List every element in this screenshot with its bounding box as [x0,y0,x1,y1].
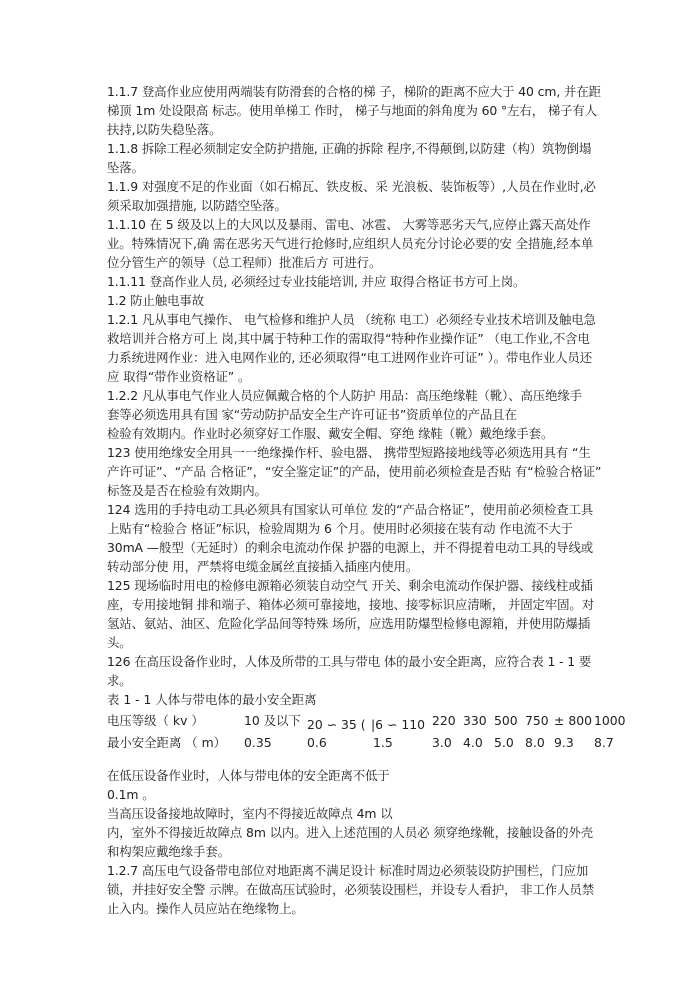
text-line: 业。特殊情况下,确 需在恶劣天气进行抢修时,应组织人员充分讨论必要的安 全措施,… [107,234,599,253]
table-caption: 表 1 - 1 人体与带电体的最小安全距离 [107,690,599,710]
text-line: 止入内。操作人员应站在绝缘物上。 [107,899,599,918]
paragraph-1-2-5: 125 现场临时用电的检修电源箱必须装自动空气 开关、剩余电流动作保护器、接线柱… [107,576,599,652]
table-cell: 4.0 [463,732,483,754]
text-line: 124 选用的手持电动工具必须具有国家认可单位 发的“产品合格证”，使用前必须检… [107,500,599,519]
text-line: 梯顶 1m 处设限高 标志。使用单梯工 作时， 梯子与地面的斜角度为 60 °左… [107,101,599,120]
row-header-voltage: 电压等级（ kv ） [107,710,204,732]
text-line: 当高压设备接地故障时，室内不得接近故障点 4m 以 [107,804,599,823]
paragraph-1-1-11: 1.1.11 登高作业人员, 必须经过专业技能培训, 并应 取得合格证书方可上岗… [107,272,599,291]
text-line: 位分管生产的领导（总工程师）批准后方 可进行。 [107,253,599,272]
paragraph-1-2-7: 1.2.7 高压电气设备带电部位对地距离不满足设计 标准时周边必须装设防护围栏，… [107,861,599,918]
text-line: 标签及是否在检验有效期内。 [107,481,599,500]
text-line: 125 现场临时用电的检修电源箱必须装自动空气 开关、剩余电流动作保护器、接线柱… [107,576,599,595]
text-line: 和构架应戴绝缘手套。 [107,842,599,861]
text-line: 1.1.8 拆除工程必须制定安全防护措施, 正确的拆除 程序,不得颠倒,以防建（… [107,139,599,158]
table-row-distance: 最小安全距离 （ m） 0.35 0.6 1.5 3.0 4.0 5.0 8.0… [107,732,599,754]
paragraph-1-2-3: 123 使用绝缘安全用具一一绝缘操作杆、验电器、 携带型短路接地线等必须选用具有… [107,443,599,500]
text-line: 氢站、氨站、油区、危险化学品间等特殊 场所，应选用防爆型检修电源箱，并使用防爆插 [107,614,599,633]
document-page: 1.1.7 登高作业应使用两端装有防滑套的合格的梯 子，梯阶的距离不应大于 40… [107,82,599,918]
table-cell: 220 [432,710,456,732]
paragraph-1-1-8: 1.1.8 拆除工程必须制定安全防护措施, 正确的拆除 程序,不得颠倒,以防建（… [107,139,599,177]
text-line: 0.1m 。 [107,785,599,804]
safety-distance-table: 表 1 - 1 人体与带电体的最小安全距离 电压等级（ kv ） 10 及以下 … [107,690,599,754]
text-line: 坠落。 [107,158,599,177]
text-line: 30mA —般型（无延时）的剩余电流动作保 护器的电源上，并不得提着电动工具的导… [107,538,599,557]
paragraph-1-1-9: 1.1.9 对强度不足的作业面（如石棉瓦、铁皮板、采 光浪板、装饰板等）,人员在… [107,177,599,215]
table-body: 电压等级（ kv ） 10 及以下 20 ∽ 35 ( |6 ∽ 110 220… [107,710,599,754]
spacer [107,754,599,766]
text-line: 1.2.7 高压电气设备带电部位对地距离不满足设计 标准时周边必须装设防护围栏，… [107,861,599,880]
table-cell: 1000 [594,710,626,732]
text-line: 锁，并挂好安全警 示牌。在做高压试验时，必须装设围栏，并设专人看护， 非工作人员… [107,880,599,899]
text-line: 123 使用绝缘安全用具一一绝缘操作杆、验电器、 携带型短路接地线等必须选用具有… [107,443,599,462]
table-cell: 10 及以下 [244,710,301,732]
paragraph-1-2-2: 1.2.2 凡从事电气作业人员应佩戴合格的个人防护 用品：高压绝缘鞋（靴）、高压… [107,386,599,443]
text-line: 求。 [107,671,599,690]
text-line: 力系统进网作业：进入电网作业的, 还必须取得“电工进网作业许可证” ）。带电作业… [107,348,599,367]
table-row-voltage: 电压等级（ kv ） 10 及以下 20 ∽ 35 ( |6 ∽ 110 220… [107,710,599,732]
text-line: 1.1.9 对强度不足的作业面（如石棉瓦、铁皮板、采 光浪板、装饰板等）,人员在… [107,177,599,196]
paragraph-1-1-7: 1.1.7 登高作业应使用两端装有防滑套的合格的梯 子，梯阶的距离不应大于 40… [107,82,599,139]
text-line: 检验有效期内。作业时必须穿好工作服、戴安全帽、穿绝 缘鞋（靴）戴绝缘手套。 [107,424,599,443]
text-line: 转动部分使 用，严禁将电缆金属丝直接插入插座内使用。 [107,557,599,576]
table-cell: 3.0 [432,732,452,754]
text-line: 上贴有“检验合 格证”标识，检验周期为 6 个月。使用时必须接在装有动 作电流不… [107,519,599,538]
text-line: 1.1.11 登高作业人员, 必须经过专业技能培训, 并应 取得合格证书方可上岗… [107,272,599,291]
table-cell: 0.35 [244,732,272,754]
table-cell: 750 [525,710,549,732]
paragraph-1-2-6: 126 在高压设备作业时，人体及所带的工具与带电 体的最小安全距离，应符合表 1… [107,652,599,690]
table-cell: 8.0 [525,732,545,754]
text-line: 应 取得“带作业资格证” 。 [107,367,599,386]
text-line: 1.1.7 登高作业应使用两端装有防滑套的合格的梯 子，梯阶的距离不应大于 40… [107,82,599,101]
text-line: 126 在高压设备作业时，人体及所带的工具与带电 体的最小安全距离，应符合表 1… [107,652,599,671]
table-cell: 330 [463,710,487,732]
table-cell: 8.7 [594,732,614,754]
paragraph-1-2-1: 1.2.1 凡从事电气操作、 电气检修和维护人员 （统称 电工）必须经专业技术培… [107,310,599,386]
table-cell: 0.6 [307,732,327,754]
text-line: 在低压设备作业时，人体与带电体的安全距离不低于 [107,766,599,785]
section-heading-1-2: 1.2 防止触电事故 [107,291,599,310]
section-heading: 1.2 防止触电事故 [107,291,599,310]
text-line: 内，室外不得接近故障点 8m 以内。进入上述范围的人员必 须穿绝缘靴，接触设备的… [107,823,599,842]
table-cell: 500 [494,710,518,732]
paragraph-low-voltage: 在低压设备作业时，人体与带电体的安全距离不低于 0.1m 。 当高压设备接地故障… [107,766,599,861]
text-line: 救培训并合格方可上 岗,其中属于特种工作的需取得“特种作业操作证” （电工作业,… [107,329,599,348]
text-line: 头。 [107,633,599,652]
table-cell: ± 800 [554,710,592,732]
text-line: 须采取加强措施, 以防踏空坠落。 [107,196,599,215]
text-line: 座，专用接地铜 排和端子、箱体必须可靠接地，接地、接零标识应清晰， 并固定牢固。… [107,595,599,614]
text-line: 1.2.1 凡从事电气操作、 电气检修和维护人员 （统称 电工）必须经专业技术培… [107,310,599,329]
table-cell: 1.5 [373,732,393,754]
text-line: 扶持,以防失稳坠落。 [107,120,599,139]
table-cell: 9.3 [554,732,574,754]
text-line: 产许可证”、“产品 合格证”，“安全鉴定证”的产品，使用前必须检查是否贴 有“检… [107,462,599,481]
paragraph-1-2-4: 124 选用的手持电动工具必须具有国家认可单位 发的“产品合格证”，使用前必须检… [107,500,599,576]
text-line: 套等必须选用具有国 家“劳动防护品安全生产许可证书”资质单位的产品且在 [107,405,599,424]
text-line: 1.2.2 凡从事电气作业人员应佩戴合格的个人防护 用品：高压绝缘鞋（靴）、高压… [107,386,599,405]
row-header-distance: 最小安全距离 （ m） [107,732,226,754]
table-cell: 5.0 [494,732,514,754]
text-line: 1.1.10 在 5 级及以上的大风以及暴雨、雷电、冰雹、 大雾等恶劣天气,应停… [107,215,599,234]
paragraph-1-1-10: 1.1.10 在 5 级及以上的大风以及暴雨、雷电、冰雹、 大雾等恶劣天气,应停… [107,215,599,272]
